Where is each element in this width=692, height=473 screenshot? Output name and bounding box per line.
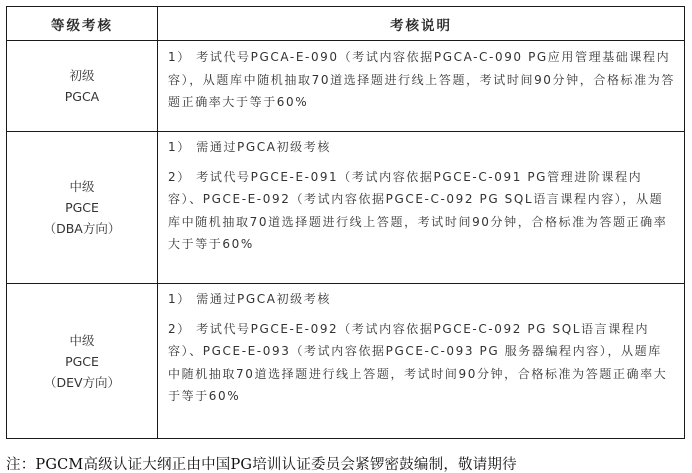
level-cell: 中级 PGCE （DBA方向） — [7, 132, 158, 284]
header-description: 考核说明 — [158, 7, 685, 41]
level-code: PGCE — [7, 197, 157, 218]
level-name: 初级 — [7, 65, 157, 86]
level-code: PGCE — [7, 351, 157, 372]
table-row-pgce-dba: 中级 PGCE （DBA方向） 1） 需通过PGCA初级考核 2） 考试代号PG… — [7, 132, 685, 284]
level-direction: （DEV方向） — [7, 372, 157, 393]
requirement-item: 1） 需通过PGCA初级考核 — [168, 288, 675, 311]
certification-exam-table: 等级考核 考核说明 初级 PGCA 1） 考试代号PGCA-E-090（考试内容… — [6, 6, 685, 439]
level-code: PGCA — [7, 86, 157, 107]
header-level: 等级考核 — [7, 7, 158, 41]
level-cell: 初级 PGCA — [7, 41, 158, 132]
footnote: 注：PGCM高级认证大纲正由中国PG培训认证委员会紧锣密鼓编制，敬请期待 — [6, 453, 517, 473]
requirement-item: 1） 考试代号PGCA-E-090（考试内容依据PGCA-C-090 PG应用管… — [168, 46, 675, 114]
description-cell: 1） 考试代号PGCA-E-090（考试内容依据PGCA-C-090 PG应用管… — [158, 41, 685, 132]
level-direction: （DBA方向） — [7, 218, 157, 239]
requirement-item: 2） 考试代号PGCE-E-091（考试内容依据PGCE-C-091 PG管理进… — [168, 166, 675, 256]
table-row-pgca: 初级 PGCA 1） 考试代号PGCA-E-090（考试内容依据PGCA-C-0… — [7, 41, 685, 132]
level-name: 中级 — [7, 176, 157, 197]
requirement-item: 1） 需通过PGCA初级考核 — [168, 136, 675, 159]
table-header-row: 等级考核 考核说明 — [7, 7, 685, 41]
table-row-pgce-dev: 中级 PGCE （DEV方向） 1） 需通过PGCA初级考核 2） 考试代号PG… — [7, 284, 685, 439]
requirement-item: 2） 考试代号PGCE-E-092（考试内容依据PGCE-C-092 PG SQ… — [168, 318, 675, 408]
level-cell: 中级 PGCE （DEV方向） — [7, 284, 158, 439]
description-cell: 1） 需通过PGCA初级考核 2） 考试代号PGCE-E-091（考试内容依据P… — [158, 132, 685, 284]
description-cell: 1） 需通过PGCA初级考核 2） 考试代号PGCE-E-092（考试内容依据P… — [158, 284, 685, 439]
level-name: 中级 — [7, 330, 157, 351]
